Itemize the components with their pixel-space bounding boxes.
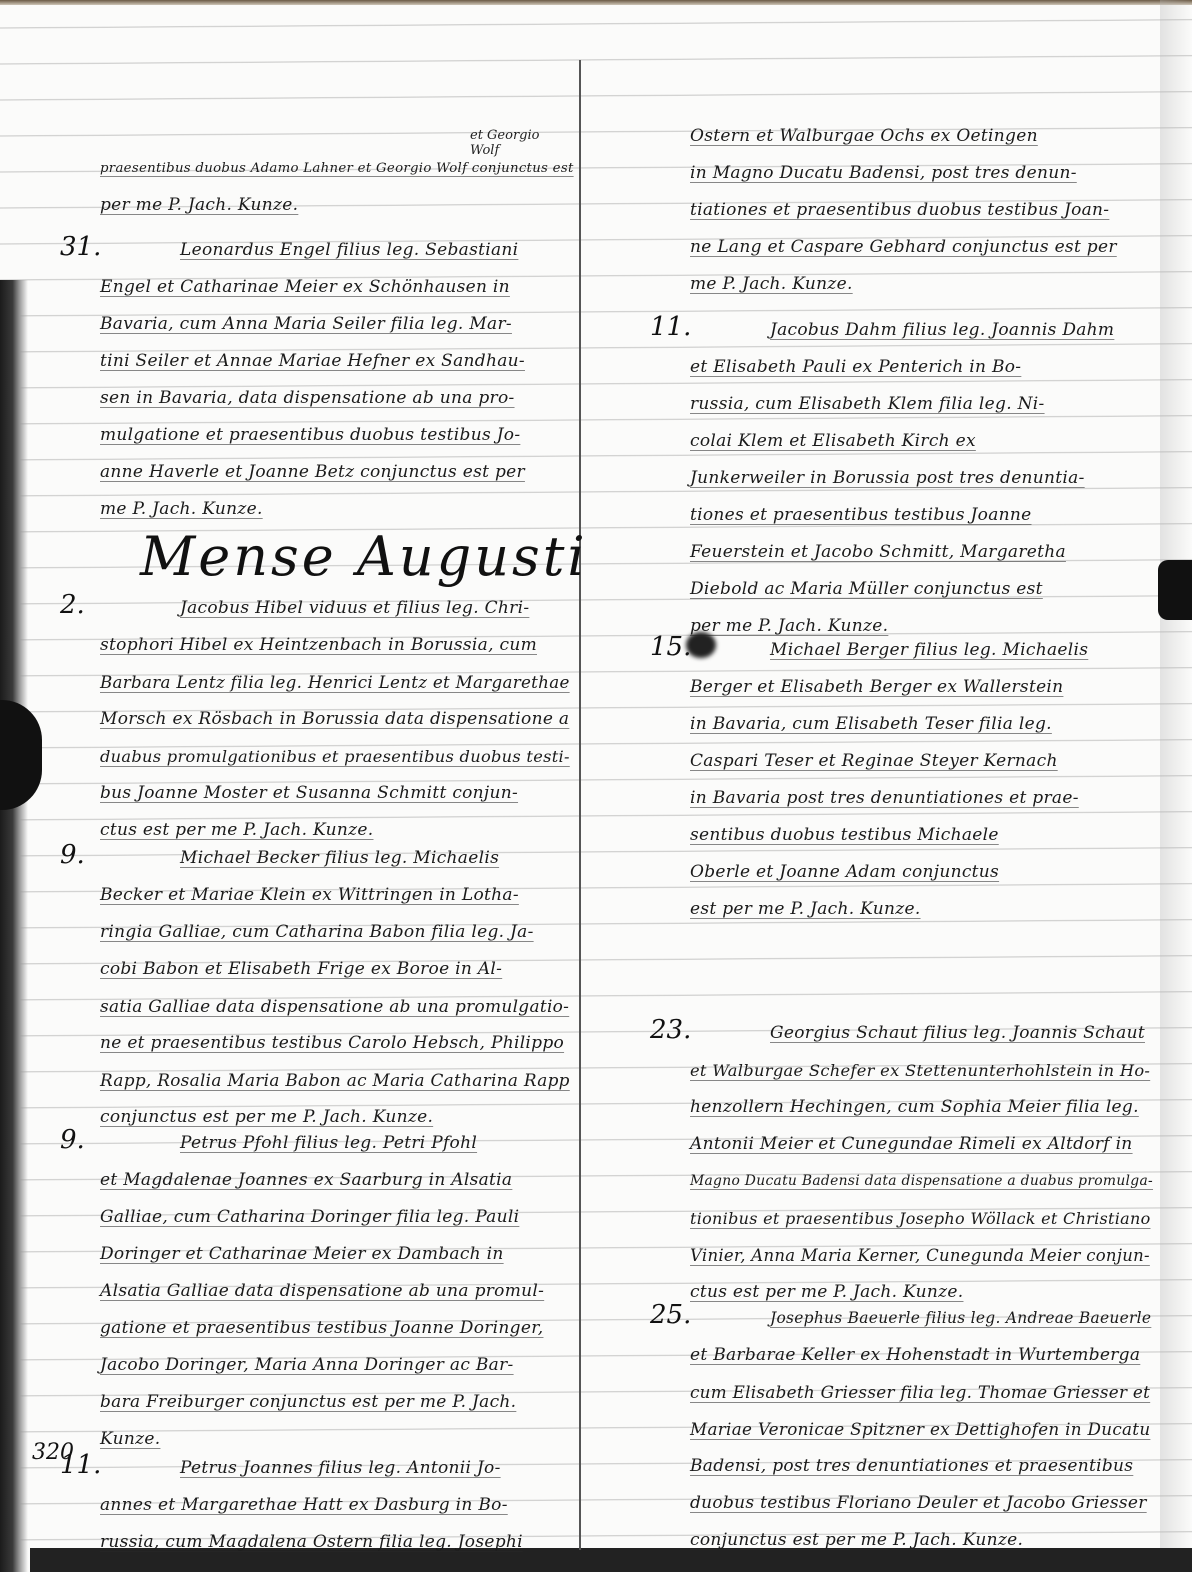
entry-line: conjunctus est per me P. Jach. Kunze. (690, 1522, 1150, 1559)
entry-line: mulgatione et praesentibus duobus testib… (100, 417, 570, 454)
entry-line: henzollern Hechingen, cum Sophia Meier f… (690, 1089, 1150, 1126)
entry-line: colai Klem et Elisabeth Kirch ex (690, 423, 1150, 460)
entry-line: Engel et Catharinae Meier ex Schönhausen… (100, 269, 570, 306)
entry-line: duabus promulgationibus et praesentibus … (100, 738, 570, 775)
entry-day-number: 25. (650, 1300, 691, 1330)
entry-line: gatione et praesentibus testibus Joanne … (100, 1310, 570, 1347)
entry-line: Petrus Joannes filius leg. Antonii Jo- (100, 1450, 570, 1487)
entry-day-number: 31. (60, 232, 101, 262)
entry-line: Feuerstein et Jacobo Schmitt, Margaretha (690, 534, 1150, 571)
entry-line: tiones et praesentibus testibus Joanne (690, 497, 1150, 534)
entry-line: et Walburgae Schefer ex Stettenunterhohl… (690, 1052, 1150, 1089)
scan-top-edge (0, 0, 1192, 5)
page-number: 320 (32, 1440, 74, 1465)
entry-line: russia, cum Magdalena Ostern filia leg. … (100, 1524, 570, 1561)
entry-line: cobi Babon et Elisabeth Frige ex Boroe i… (100, 951, 570, 988)
entry-line: in Bavaria, cum Elisabeth Teser filia le… (690, 706, 1150, 743)
interlinear-note: et Georgio Wolf (470, 128, 570, 158)
entry-line: sen in Bavaria, data dispensatione ab un… (100, 380, 570, 417)
entry-line: Barbara Lentz filia leg. Henrici Lentz e… (100, 664, 570, 701)
entry-line: et Barbarae Keller ex Hohenstadt in Wurt… (690, 1337, 1150, 1374)
entry-day-number: 11. (650, 312, 691, 342)
entry-line: Becker et Mariae Klein ex Wittringen in … (100, 877, 570, 914)
book-binding-shadow (0, 280, 28, 1572)
entry-line: russia, cum Elisabeth Klem filia leg. Ni… (690, 386, 1150, 423)
entry-line: Galliae, cum Catharina Doringer filia le… (100, 1199, 570, 1236)
entry-line: bara Freiburger conjunctus est per me P.… (100, 1384, 570, 1421)
entry-line: Junkerweiler in Borussia post tres denun… (690, 460, 1150, 497)
entry-line: Rapp, Rosalia Maria Babon ac Maria Catha… (100, 1062, 570, 1099)
entry-line: Jacobus Dahm filius leg. Joannis Dahm (690, 312, 1150, 349)
entry-line: Magno Ducatu Badensi data dispensatione … (690, 1163, 1150, 1200)
entry-line: satia Galliae data dispensatione ab una … (100, 988, 570, 1025)
scan-right-edge (1160, 0, 1192, 1572)
entry-line: Alsatia Galliae data dispensatione ab un… (100, 1273, 570, 1310)
entry-line: ne Lang et Caspare Gebhard conjunctus es… (690, 229, 1150, 266)
entry-line: Bavaria, cum Anna Maria Seiler filia leg… (100, 306, 570, 343)
entry-line: tini Seiler et Annae Mariae Hefner ex Sa… (100, 343, 570, 380)
entry-line: Michael Berger filius leg. Michaelis (690, 632, 1150, 669)
entry-line: ne et praesentibus testibus Carolo Hebsc… (100, 1025, 570, 1062)
entry-line: tiationes et praesentibus duobus testibu… (690, 192, 1150, 229)
register-page: et Georgio Wolf praesentibus duobus Adam… (0, 0, 1192, 1572)
entry-line: Petrus Pfohl filius leg. Petri Pfohl (100, 1125, 570, 1162)
entry-line: Morsch ex Rösbach in Borussia data dispe… (100, 701, 570, 738)
entry-line: Mariae Veronicae Spitzner ex Dettighofen… (690, 1411, 1150, 1448)
entry-line: stophori Hibel ex Heintzenbach in Boruss… (100, 627, 570, 664)
entry-line: Ostern et Walburgae Ochs ex Oetingen (690, 118, 1150, 155)
entry-line: Diebold ac Maria Müller conjunctus est (690, 571, 1150, 608)
entry-day-number: 9. (60, 1125, 85, 1155)
binding-mark (0, 700, 42, 810)
entry-line: in Magno Ducatu Badensi, post tres denun… (690, 155, 1150, 192)
entry-day-number: 9. (60, 840, 85, 870)
column-divider (579, 60, 581, 1550)
entry-line: sentibus duobus testibus Michaele (690, 817, 1150, 854)
entry-line: duobus testibus Floriano Deuler et Jacob… (690, 1485, 1150, 1522)
entry-line: annes et Margarethae Hatt ex Dasburg in … (100, 1487, 570, 1524)
page-clip-mark (1158, 560, 1192, 620)
entry-line: Antonii Meier et Cunegundae Rimeli ex Al… (690, 1126, 1150, 1163)
section-heading: Mense Augusti (140, 525, 588, 588)
entry-line: Doringer et Catharinae Meier ex Dambach … (100, 1236, 570, 1273)
entry-line: est per me P. Jach. Kunze. (690, 891, 1150, 928)
entry-line: et Magdalenae Joannes ex Saarburg in Als… (100, 1162, 570, 1199)
entry-line: Leonardus Engel filius leg. Sebastiani (100, 232, 570, 269)
entry-line: cum Elisabeth Griesser filia leg. Thomae… (690, 1374, 1150, 1411)
entry-line: Georgius Schaut filius leg. Joannis Scha… (690, 1015, 1150, 1052)
entry-line: per me P. Jach. Kunze. (100, 187, 570, 224)
entry-line: Josephus Baeuerle filius leg. Andreae Ba… (690, 1300, 1150, 1337)
entry-line: Vinier, Anna Maria Kerner, Cunegunda Mei… (690, 1237, 1150, 1274)
entry-day-number: 23. (650, 1015, 691, 1045)
entry-line: anne Haverle et Joanne Betz conjunctus e… (100, 454, 570, 491)
entry-line: Berger et Elisabeth Berger ex Wallerstei… (690, 669, 1150, 706)
entry-line: Caspari Teser et Reginae Steyer Kernach (690, 743, 1150, 780)
entry-line: Michael Becker filius leg. Michaelis (100, 840, 570, 877)
entry-line: Oberle et Joanne Adam conjunctus (690, 854, 1150, 891)
entry-line: me P. Jach. Kunze. (690, 266, 1150, 303)
entry-line: me P. Jach. Kunze. (100, 491, 570, 528)
entry-line: ringia Galliae, cum Catharina Babon fili… (100, 914, 570, 951)
entry-day-number: 2. (60, 590, 85, 620)
entry-day-number: 15. (650, 632, 691, 662)
entry-line: Badensi, post tres denuntiationes et pra… (690, 1448, 1150, 1485)
entry-line: Jacobo Doringer, Maria Anna Doringer ac … (100, 1347, 570, 1384)
entry-line: Jacobus Hibel viduus et filius leg. Chri… (100, 590, 570, 627)
entry-line: in Bavaria post tres denuntiationes et p… (690, 780, 1150, 817)
entry-line: et Elisabeth Pauli ex Penterich in Bo- (690, 349, 1150, 386)
entry-line: bus Joanne Moster et Susanna Schmitt con… (100, 775, 570, 812)
entry-line: tionibus et praesentibus Josepho Wöllack… (690, 1200, 1150, 1237)
